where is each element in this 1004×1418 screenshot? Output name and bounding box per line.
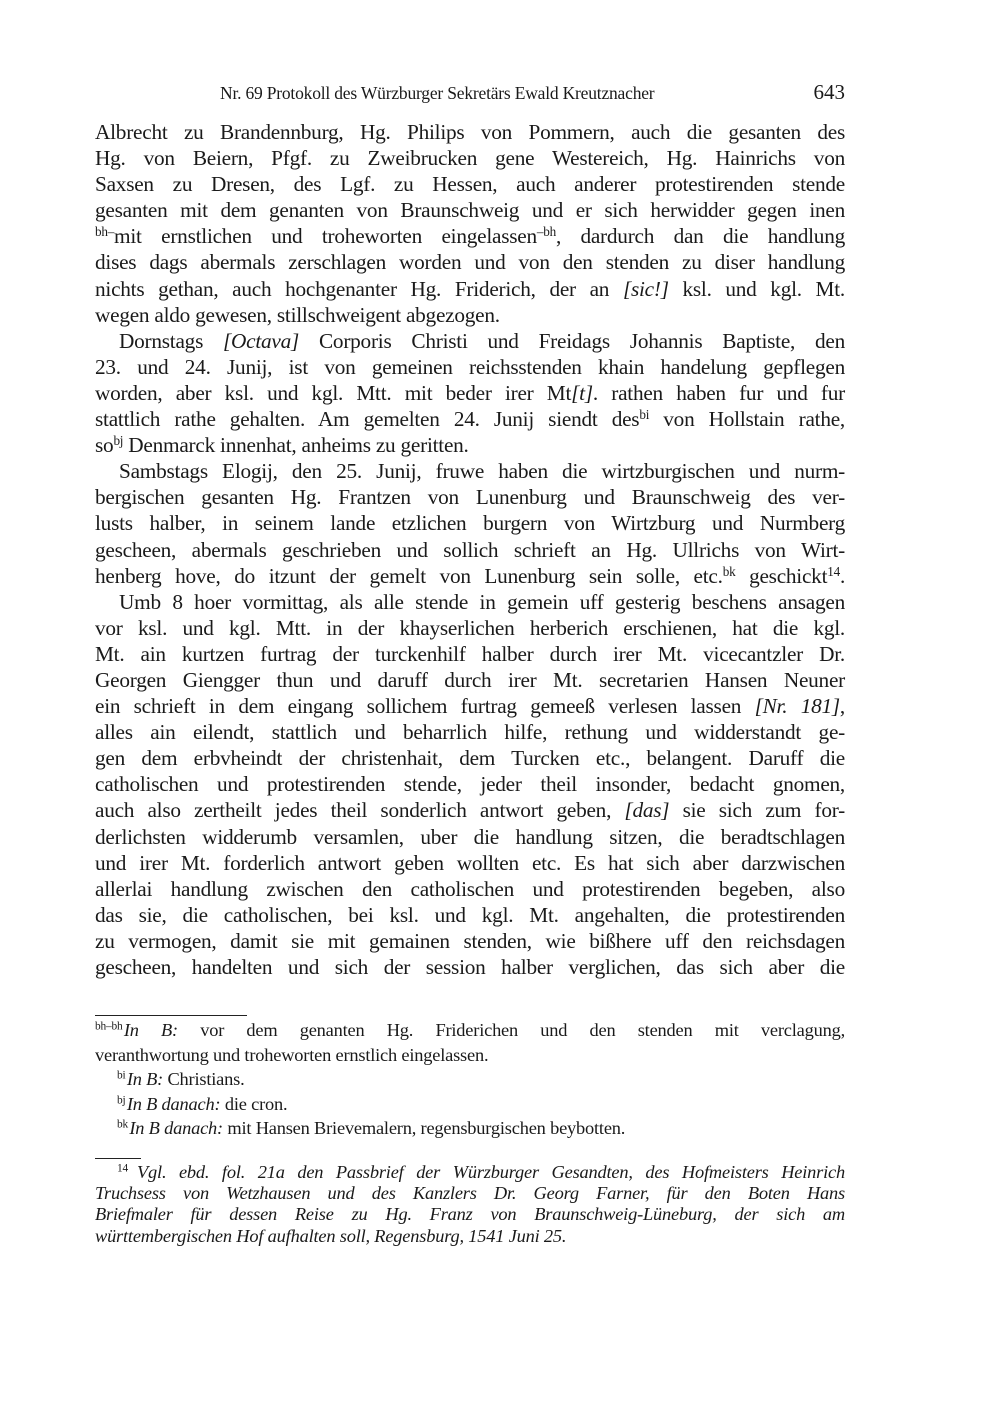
text-segment: . rathen haben fur und fur [593,381,845,405]
page-number: 643 [814,80,846,105]
text-segment: zu vermogen, damit sie mit gemainen sten… [95,929,845,953]
text-segment: Sambstags Elogij, den 25. Junij, fruwe h… [119,459,845,483]
text-segment: gescheen, abermals geschrieben und solli… [95,538,845,562]
text-segment: nichts gethan, auch hochgenanter Hg. Fri… [95,277,623,301]
text-segment: derlichsten widderumb versamlen, uber di… [95,825,845,849]
text-segment: mit ernstlichen und troheworten eingelas… [114,224,537,248]
text-line: Georgen Giengger thun und daruff durch i… [95,667,845,693]
text-line: worden, aber ksl. und kgl. Mtt. mit bede… [95,380,845,406]
text-line: alles ain eilendt, stattlich und beharrl… [95,719,845,745]
editorial-insertion: [sic!] [623,277,669,301]
text-segment: bergischen gesanten Hg. Frantzen von Lun… [95,485,845,509]
text-segment: stattlich rathe gehalten. Am gemelten 24… [95,407,639,431]
apparatus-note-bi: bi In B: Christians. [95,1067,845,1092]
text-line: henberg hove, do itzunt der gemelt von L… [95,563,845,589]
apparatus-note-bk: bk In B danach: mit Hansen Brievemalern,… [95,1116,845,1141]
text-segment: Georgen Giengger thun und daruff durch i… [95,668,845,692]
text-segment: , [840,694,845,718]
text-line: vor ksl. und kgl. Mtt. in der khayserlic… [95,615,845,641]
text-segment: catholischen und protestirenden stende, … [95,772,845,796]
running-title: Nr. 69 Protokoll des Würzburger Sekretär… [220,83,654,104]
text-line: Umb 8 hoer vormittag, als alle stende in… [95,589,845,615]
text-line: Sambstags Elogij, den 25. Junij, fruwe h… [95,458,845,484]
text-segment: henberg hove, do itzunt der gemelt von L… [95,564,723,588]
text-line: sobj Denmarck innenhat, anheims zu gerit… [95,432,845,458]
text-segment: gesanten mit dem genanten von Braunschwe… [95,198,845,222]
footnotes: 14 Vgl. ebd. fol. 21a den Passbrief der … [95,1162,845,1247]
text-segment: Hg. von Beiern, Pfgf. zu Zweibrucken gen… [95,146,845,170]
text-segment: auch also zertheilt jedes theil sonderli… [95,798,624,822]
main-text: Albrecht zu Brandennburg, Hg. Philips vo… [95,119,845,980]
text-segment: , dardurch dan die handlung [556,224,845,248]
text-line: dises dags abermals zerschlagen worden u… [95,249,845,275]
text-line: bergischen gesanten Hg. Frantzen von Lun… [95,484,845,510]
text-line: ein schrieft in dem eingang sollichem fu… [95,693,845,719]
text-segment: geschickt [735,564,827,588]
note-marker: bk [723,563,736,578]
text-line: 23. und 24. Junij, ist von gemeinen reic… [95,354,845,380]
editorial-insertion: [Octava] [223,329,299,353]
text-line: wegen aldo gewesen, stillschweigent abge… [95,302,845,328]
apparatus-note-bh: bh–bh In B: vor dem genanten Hg. Frideri… [95,1018,845,1043]
editorial-insertion: [Nr. 181] [755,694,840,718]
text-line: allerlai handlung zwischen den catholisc… [95,876,845,902]
text-line: gescheen, abermals geschrieben und solli… [95,537,845,563]
text-segment: dises dags abermals zerschlagen worden u… [95,250,845,274]
text-line: gescheen, handelten und sich der session… [95,954,845,980]
text-segment: wegen aldo gewesen, stillschweigent abge… [95,303,500,327]
text-line: nichts gethan, auch hochgenanter Hg. Fri… [95,276,845,302]
text-segment: von Hollstain rathe, [649,407,845,431]
text-line: Dornstags [Octava] Corporis Christi und … [95,328,845,354]
text-segment: Dornstags [119,329,223,353]
text-line: catholischen und protestirenden stende, … [95,771,845,797]
text-line: lusts halber, in seinem lande etzlichen … [95,510,845,536]
text-segment: Denmarck innenhat, anheims zu geritten. [123,433,468,457]
note-marker: bh– [95,224,114,239]
note-marker: bj [113,433,123,448]
text-segment: . [840,564,845,588]
text-segment: vor ksl. und kgl. Mtt. in der khayserlic… [95,616,845,640]
text-segment: alles ain eilendt, stattlich und beharrl… [95,720,845,744]
text-segment: Saxsen zu Dresen, des Lgf. zu Hessen, au… [95,172,845,196]
text-segment: lusts halber, in seinem lande etzlichen … [95,511,845,535]
editorial-insertion: [das] [624,798,669,822]
text-line: bh–mit ernstlichen und troheworten einge… [95,223,845,249]
text-segment: das sie, die catholischen, bei ksl. und … [95,903,845,927]
note-marker: 14 [827,563,840,578]
text-segment: Umb 8 hoer vormittag, als alle stende in… [119,590,845,614]
text-segment: gescheen, handelten und sich der session… [95,955,845,979]
apparatus-note-bj: bj In B danach: die cron. [95,1092,845,1117]
text-segment: gen dem erbvheindt der christenhait, dem… [95,746,845,770]
text-line: auch also zertheilt jedes theil sonderli… [95,797,845,823]
text-segment: ksl. und kgl. Mt. [669,277,845,301]
text-segment: ein schrieft in dem eingang sollichem fu… [95,694,755,718]
text-segment: so [95,433,113,457]
footnote-14-line-1: 14 Vgl. ebd. fol. 21a den Passbrief der … [95,1162,845,1183]
textual-apparatus-notes: bh–bh In B: vor dem genanten Hg. Frideri… [95,1018,845,1141]
text-segment: 23. und 24. Junij, ist von gemeinen reic… [95,355,845,379]
text-line: Mt. ain kurtzen furtrag der turckenhilf … [95,641,845,667]
text-segment: Albrecht zu Brandennburg, Hg. Philips vo… [95,120,845,144]
text-line: und irer Mt. forderlich antwort geben wo… [95,850,845,876]
footnote-14-line-3: Briefmaler für dessen Reise zu Hg. Franz… [95,1204,845,1225]
running-header: Nr. 69 Protokoll des Würzburger Sekretär… [95,80,845,108]
footnote-separator-rule [95,1158,141,1159]
text-segment: allerlai handlung zwischen den catholisc… [95,877,845,901]
text-segment: worden, aber ksl. und kgl. Mtt. mit bede… [95,381,571,405]
apparatus-separator-rule [95,1015,247,1016]
text-line: derlichsten widderumb versamlen, uber di… [95,824,845,850]
text-segment: sie sich zum for- [669,798,845,822]
text-segment: und irer Mt. forderlich antwort geben wo… [95,851,845,875]
text-line: das sie, die catholischen, bei ksl. und … [95,902,845,928]
text-line: gen dem erbvheindt der christenhait, dem… [95,745,845,771]
footnote-14-line-2: Truchsess von Wetzhausen und des Kanzler… [95,1183,845,1204]
apparatus-note-bh-continued: veranthwortung und troheworten ernstlich… [95,1043,845,1068]
text-segment: Corporis Christi und Freidags Johannis B… [299,329,845,353]
footnote-14-line-4: württembergischen Hof aufhalten soll, Re… [95,1226,845,1247]
text-line: gesanten mit dem genanten von Braunschwe… [95,197,845,223]
editorial-insertion: [t] [571,381,593,405]
text-line: Albrecht zu Brandennburg, Hg. Philips vo… [95,119,845,145]
text-line: zu vermogen, damit sie mit gemainen sten… [95,928,845,954]
text-line: Saxsen zu Dresen, des Lgf. zu Hessen, au… [95,171,845,197]
text-segment: Mt. ain kurtzen furtrag der turckenhilf … [95,642,845,666]
note-marker: bi [639,407,649,422]
note-marker: –bh [537,224,556,239]
text-line: stattlich rathe gehalten. Am gemelten 24… [95,406,845,432]
text-line: Hg. von Beiern, Pfgf. zu Zweibrucken gen… [95,145,845,171]
